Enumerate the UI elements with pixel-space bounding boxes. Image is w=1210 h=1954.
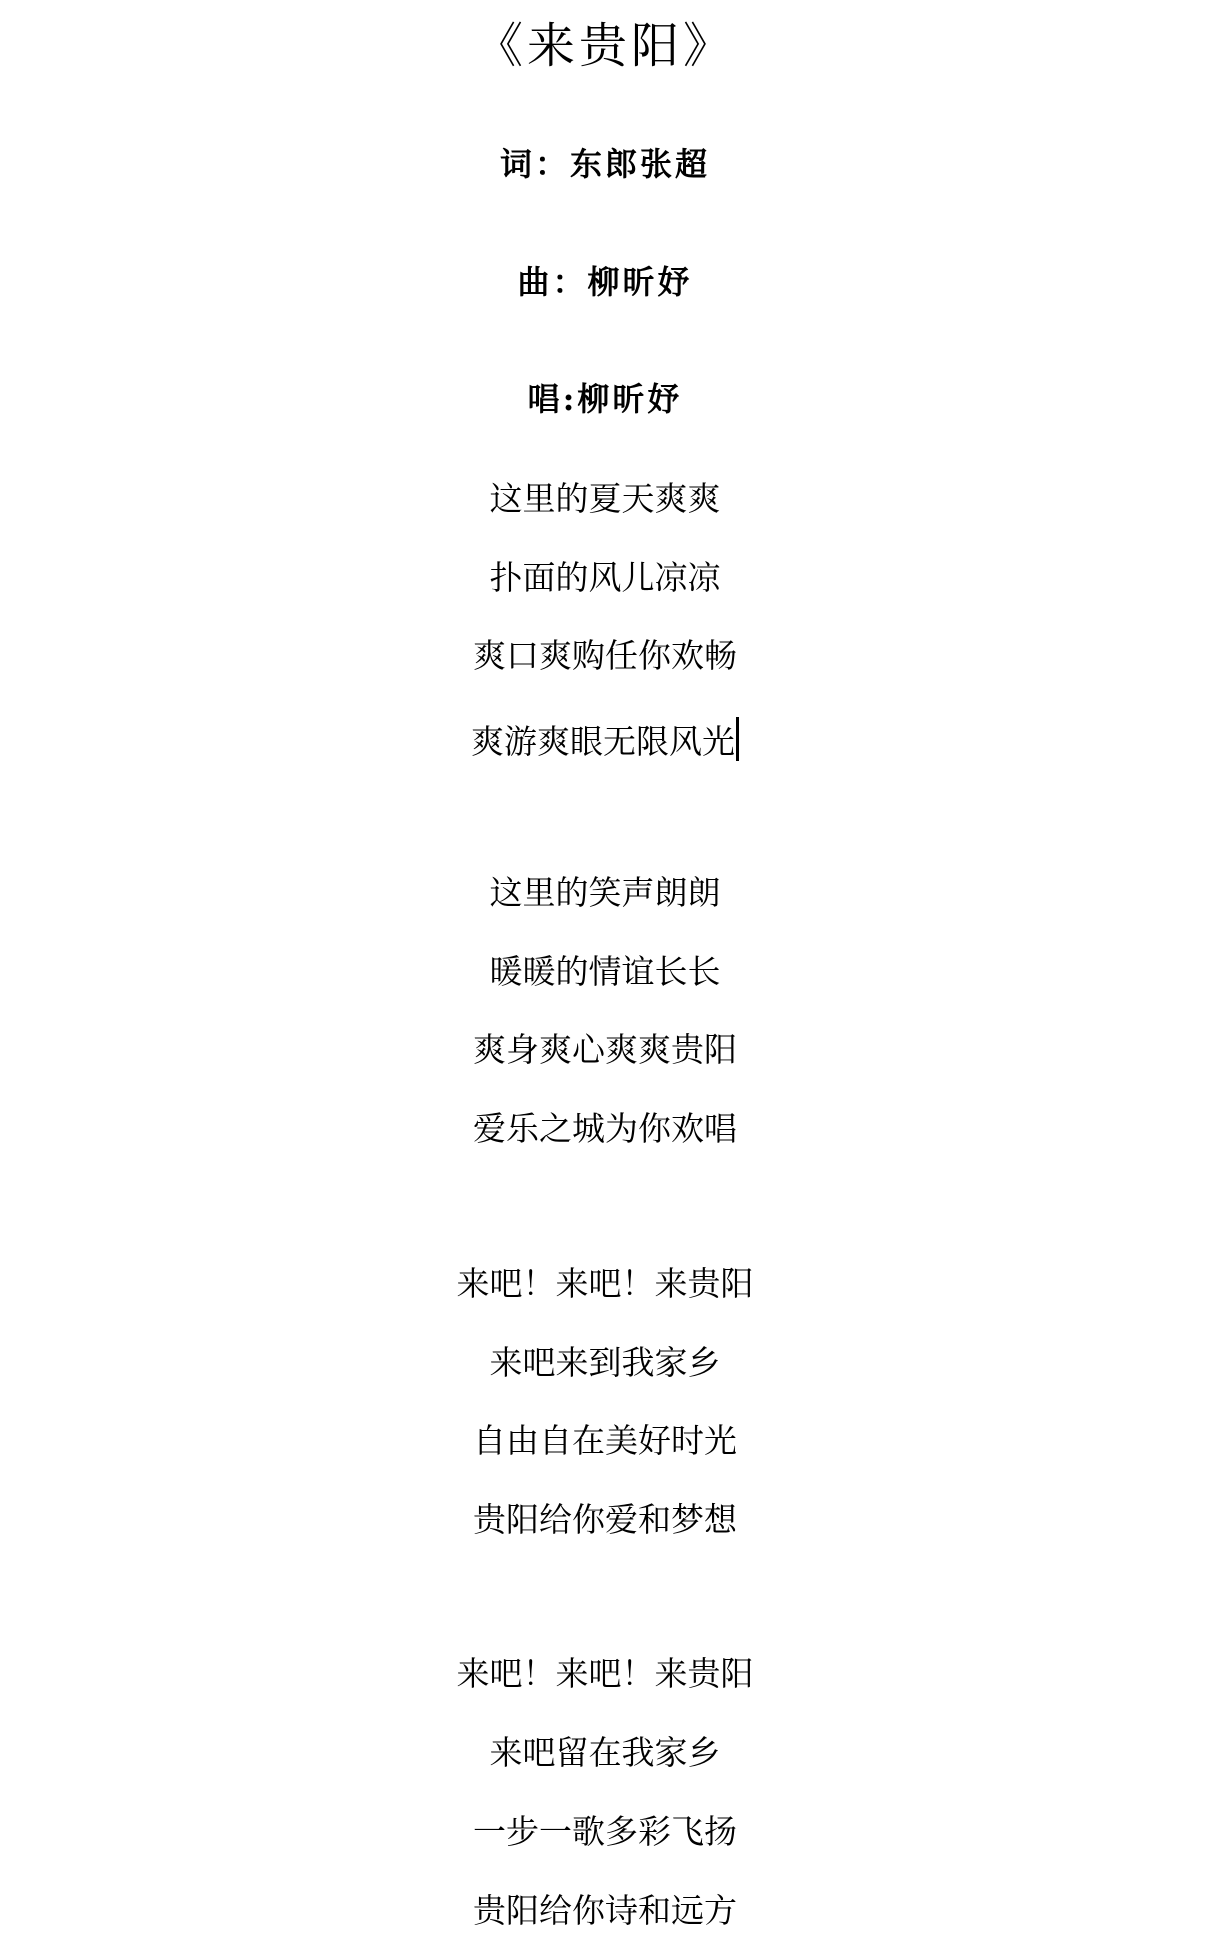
lyric-line: 来吧来到我家乡: [0, 1346, 1210, 1379]
lyric-line: 来吧！来吧！来贵阳: [0, 1267, 1210, 1300]
lyric-line: 贵阳给你爱和梦想: [0, 1503, 1210, 1536]
lyric-line: 贵阳给你诗和远方: [0, 1894, 1210, 1927]
text-cursor: [736, 717, 739, 761]
lyricist-credit: 词：东郎张超: [0, 148, 1210, 180]
lyric-line: 扑面的风儿凉凉: [0, 561, 1210, 594]
lyric-line: 这里的夏天爽爽: [0, 482, 1210, 515]
lyric-line: 一步一歌多彩飞扬: [0, 1815, 1210, 1848]
composer-credit: 曲：柳昕妤: [0, 266, 1210, 298]
lyric-line: 爱乐之城为你欢唱: [0, 1112, 1210, 1145]
lyric-line: 暖暖的情谊长长: [0, 955, 1210, 988]
lyric-line: 爽口爽购任你欢畅: [0, 639, 1210, 672]
lyric-line: 自由自在美好时光: [0, 1424, 1210, 1457]
lyric-line: 来吧！来吧！来贵阳: [0, 1657, 1210, 1690]
singer-credit: 唱:柳昕妤: [0, 383, 1210, 415]
lyric-line-with-cursor: 爽游爽眼无限风光: [0, 717, 1210, 761]
song-title: 《来贵阳》: [0, 22, 1210, 70]
lyric-line: 来吧留在我家乡: [0, 1736, 1210, 1769]
lyric-line: 这里的笑声朗朗: [0, 876, 1210, 909]
lyric-line-text: 爽游爽眼无限风光: [471, 722, 735, 761]
lyric-line: 爽身爽心爽爽贵阳: [0, 1033, 1210, 1066]
